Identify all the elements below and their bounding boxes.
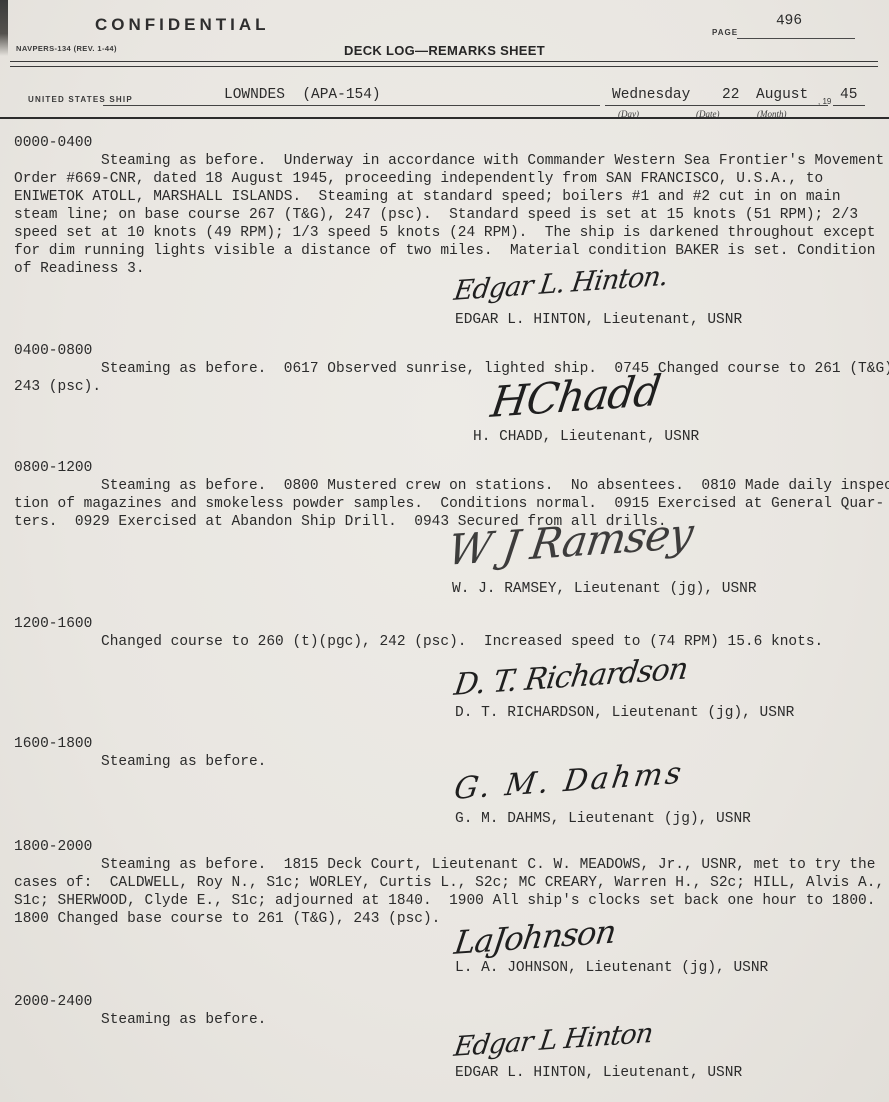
entry-remarks: Steaming as before. [14,753,266,771]
signed-by: G. M. DAHMS, Lieutenant (jg), USNR [455,810,751,828]
signed-by: EDGAR L. HINTON, Lieutenant, USNR [455,1064,742,1082]
page-number-underline [737,38,855,39]
entry-remarks: Steaming as before. 1815 Deck Court, Lie… [14,856,884,928]
entry-time-0400-0800: 0400-0800 [14,342,92,360]
signature-dahms: G. M. Dahms [452,756,686,807]
entry-time-1200-1600: 1200-1600 [14,615,92,633]
entry-remarks: Steaming as before. 0800 Mustered crew o… [14,477,889,531]
page-number: 496 [776,12,803,31]
entry-time-0800-1200: 0800-1200 [14,459,92,477]
entry-remarks: Steaming as before. [14,1011,266,1029]
year-underline [833,105,865,106]
entry-remarks: Steaming as before. Underway in accordan… [14,152,884,278]
ship-underline [103,105,600,106]
classification-stamp: CONFIDENTIAL [95,15,270,35]
signature-hinton-2: Edgar L Hinton [452,1018,654,1063]
log-date: 22 [722,86,739,104]
signed-by: EDGAR L. HINTON, Lieutenant, USNR [455,311,742,329]
sheet-title: DECK LOG—REMARKS SHEET [0,43,889,58]
signed-by: W. J. RAMSEY, Lieutenant (jg), USNR [452,580,757,598]
entry-time-1800-2000: 1800-2000 [14,838,92,856]
ship-name: LOWNDES (APA-154) [224,86,381,104]
entry-time-1600-1800: 1600-1800 [14,735,92,753]
log-month: August [756,86,808,104]
signed-by: D. T. RICHARDSON, Lieutenant (jg), USNR [455,704,794,722]
signed-by: H. CHADD, Lieutenant, USNR [473,428,699,446]
signed-by: L. A. JOHNSON, Lieutenant (jg), USNR [455,959,768,977]
date-underline [605,105,828,106]
deck-log-remarks-sheet: CONFIDENTIAL PAGE 496 NAVPERS-134 (REV. … [0,0,889,1102]
signature-richardson: D. T. Richardson [452,651,690,703]
entry-remarks: Changed course to 260 (t)(pgc), 242 (psc… [14,633,823,651]
entry-time-2000-2400: 2000-2400 [14,993,92,1011]
log-day: Wednesday [612,86,690,104]
header-double-rule [10,61,878,67]
entry-remarks: Steaming as before. 0617 Observed sunris… [14,360,889,396]
entry-time-0000-0400: 0000-0400 [14,134,92,152]
page-label: PAGE [712,28,738,37]
log-year: 45 [840,86,857,104]
header-bottom-rule [0,117,889,119]
ship-label: UNITED STATES SHIP [28,95,133,104]
